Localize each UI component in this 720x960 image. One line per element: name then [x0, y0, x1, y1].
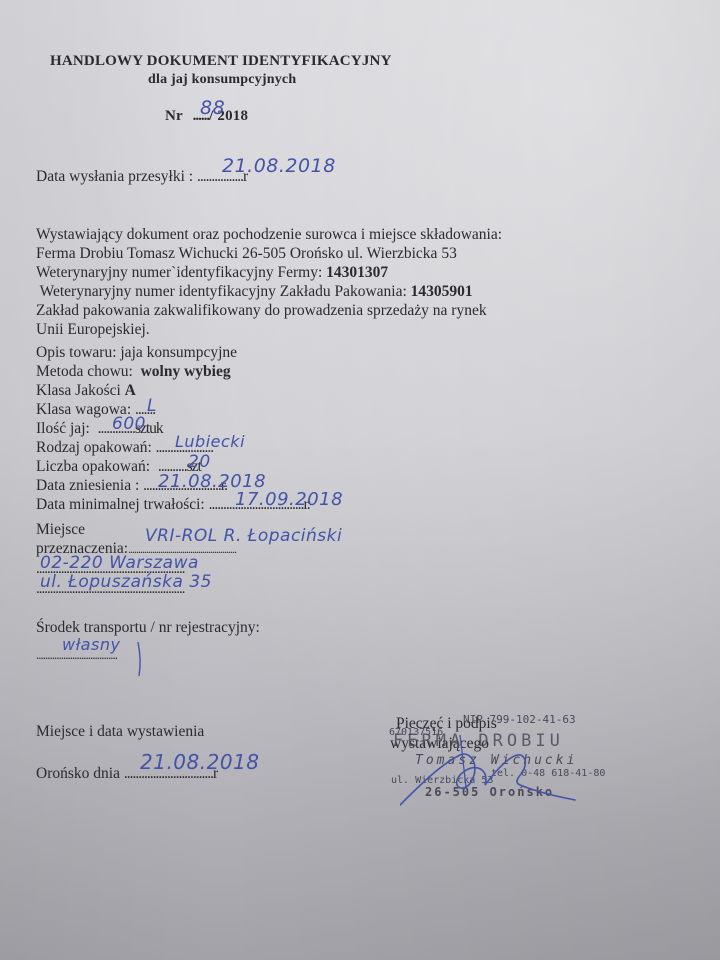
shipping-date-field: Data wysłania przesyłki : ..............…: [36, 167, 247, 186]
field-rearing-method: Metoda chowu: wolny wybieg: [36, 362, 310, 381]
handwritten-destination-2: 02-220 Warszawa: [40, 553, 199, 573]
field-quality-class: Klasa Jakości A: [36, 381, 310, 400]
issue-place-label: Miejsce i data wystawienia: [36, 722, 204, 741]
field-weight-class: Klasa wagowa: .......: [36, 400, 310, 419]
handwritten-destination-1: VRI-ROL R. Łopaciński: [145, 526, 342, 546]
handwritten-package-count: 20: [188, 452, 211, 472]
document-title: HANDLOWY DOKUMENT IDENTYFIKACYJNY: [50, 53, 392, 70]
handwritten-signature: [400, 725, 600, 815]
handwritten-egg-count: 600: [112, 414, 146, 434]
document-subtitle: dla jaj konsumpcyjnych: [148, 72, 296, 88]
issuer-line: Unii Europejskiej.: [36, 320, 502, 339]
field-package-type: Rodzaj opakowań: ....................: [36, 438, 310, 457]
field-egg-count: Ilość jaj: .............sztuk: [36, 419, 310, 438]
pen-stroke: [130, 640, 150, 680]
handwritten-weight-class: L: [147, 396, 157, 416]
issuer-line: Wystawiający dokument oraz pochodzenie s…: [36, 225, 502, 244]
handwritten-shipping-date: 21.08.2018: [222, 155, 336, 177]
issuer-block: Wystawiający dokument oraz pochodzenie s…: [36, 225, 502, 339]
handwritten-number: 88: [200, 97, 225, 119]
handwritten-issue-date: 21.08.2018: [140, 750, 260, 774]
shipping-date-label: Data wysłania przesyłki :: [36, 168, 193, 185]
field-product-description: Opis towaru: jaja konsumpcyjne: [36, 343, 310, 362]
handwritten-package-type: Lubiecki: [175, 432, 245, 451]
issuer-line: Weterynaryjny numer identyfikacyjny Zakł…: [36, 282, 502, 301]
handwritten-best-before: 17.09.2018: [235, 489, 343, 510]
number-prefix: Nr: [165, 108, 183, 124]
issuer-line: Zakład pakowania zakwalifikowany do prow…: [36, 301, 502, 320]
issuer-line: Weterynaryjny numer`identyfikacyjny Ferm…: [36, 263, 502, 282]
issuer-line: Ferma Drobiu Tomasz Wichucki 26-505 Oroń…: [36, 244, 502, 263]
handwritten-destination-3: ul. Łopuszańska 35: [40, 572, 212, 592]
handwritten-transport: własny: [62, 635, 120, 654]
